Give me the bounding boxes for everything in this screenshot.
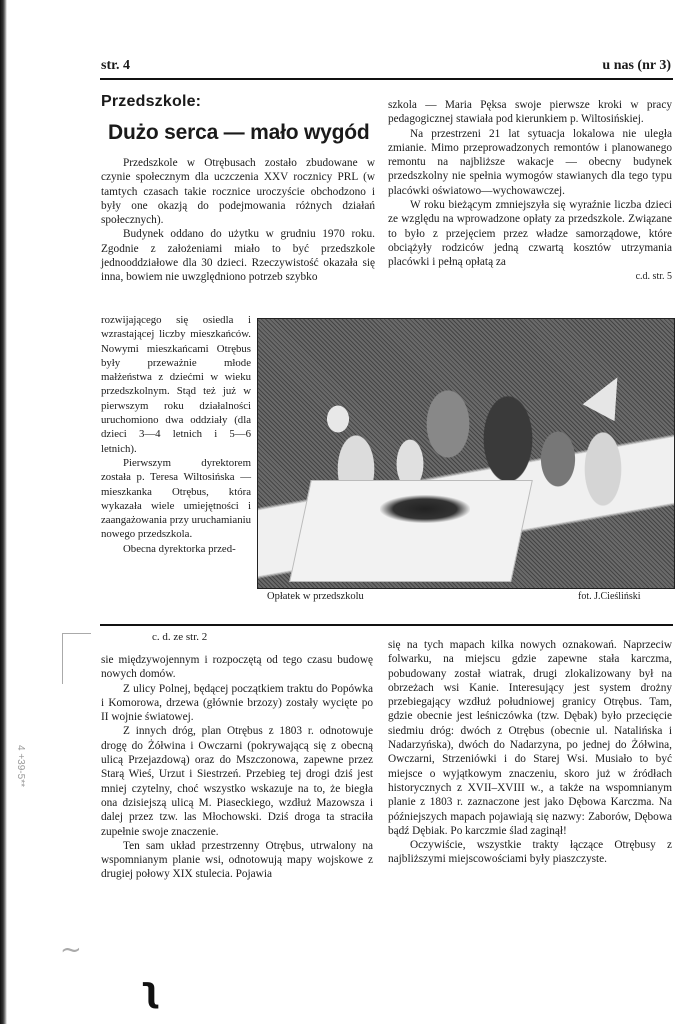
paragraph: Obecna dyrektorka przed- [101, 542, 251, 556]
paragraph: Oczywiście, wszystkie trakty łączące Otr… [388, 838, 672, 867]
photo-credit: fot. J.Cieśliński [578, 591, 641, 602]
ink-mark: ʅ [140, 970, 161, 1010]
page-header: str. 4 u nas (nr 3) [101, 58, 671, 78]
article-headline: Dużo serca — mało wygód [108, 121, 369, 145]
article1-left-column-narrow: rozwijającego się osiedla i wzrastającej… [101, 313, 251, 556]
photo-greenery [380, 495, 470, 523]
paragraph: Z ulicy Polnej, będącej początkiem trakt… [101, 682, 373, 725]
paragraph: Z innych dróg, plan Otrębus z 1803 r. od… [101, 724, 373, 838]
issue-label: u nas (nr 3) [602, 58, 671, 74]
paragraph: Ten sam układ przestrzenny Otrębus, utrw… [101, 839, 373, 882]
paragraph: rozwijającego się osiedla i wzrastającej… [101, 313, 251, 456]
page-number: str. 4 [101, 58, 130, 74]
continued-on-link: c.d. str. 5 [388, 270, 672, 284]
pencil-squiggle: ~ [60, 935, 82, 965]
paragraph: W roku bieżącym zmniejszyła się wyraźnie… [388, 198, 672, 269]
article2-left-column: sie międzywojennym i rozpoczętą od tego … [101, 653, 373, 882]
paragraph: Na przestrzeni 21 lat sytuacja lokalowa … [388, 127, 672, 198]
paragraph: się na tych mapach kilka nowych oznakowa… [388, 638, 672, 838]
margin-handwriting: 4 +39-5** [15, 745, 26, 787]
article1-left-column-top: Przedszkole w Otrębusach zostało zbudowa… [101, 156, 375, 285]
article2-right-column: się na tych mapach kilka nowych oznakowa… [388, 638, 672, 867]
pencil-bracket-mark [62, 633, 91, 684]
article1-right-column: szkola — Maria Pęksa swoje pierwsze krok… [388, 98, 672, 284]
article-kicker: Przedszkole: [101, 93, 201, 111]
paragraph: Przedszkole w Otrębusach zostało zbudowa… [101, 156, 375, 227]
scan-page-edge [0, 0, 7, 1024]
paragraph: Pierwszym dyrektorem została p. Teresa W… [101, 456, 251, 542]
header-rule [100, 78, 673, 80]
photo-caption: Opłatek w przedszkolu [267, 591, 364, 602]
continued-from-label: c. d. ze str. 2 [152, 630, 352, 644]
paragraph: Budynek oddano do użytku w grudniu 1970 … [101, 227, 375, 284]
section-rule [100, 624, 673, 626]
paragraph: sie międzywojennym i rozpoczętą od tego … [101, 653, 373, 682]
paragraph: szkola — Maria Pęksa swoje pierwsze krok… [388, 98, 672, 127]
